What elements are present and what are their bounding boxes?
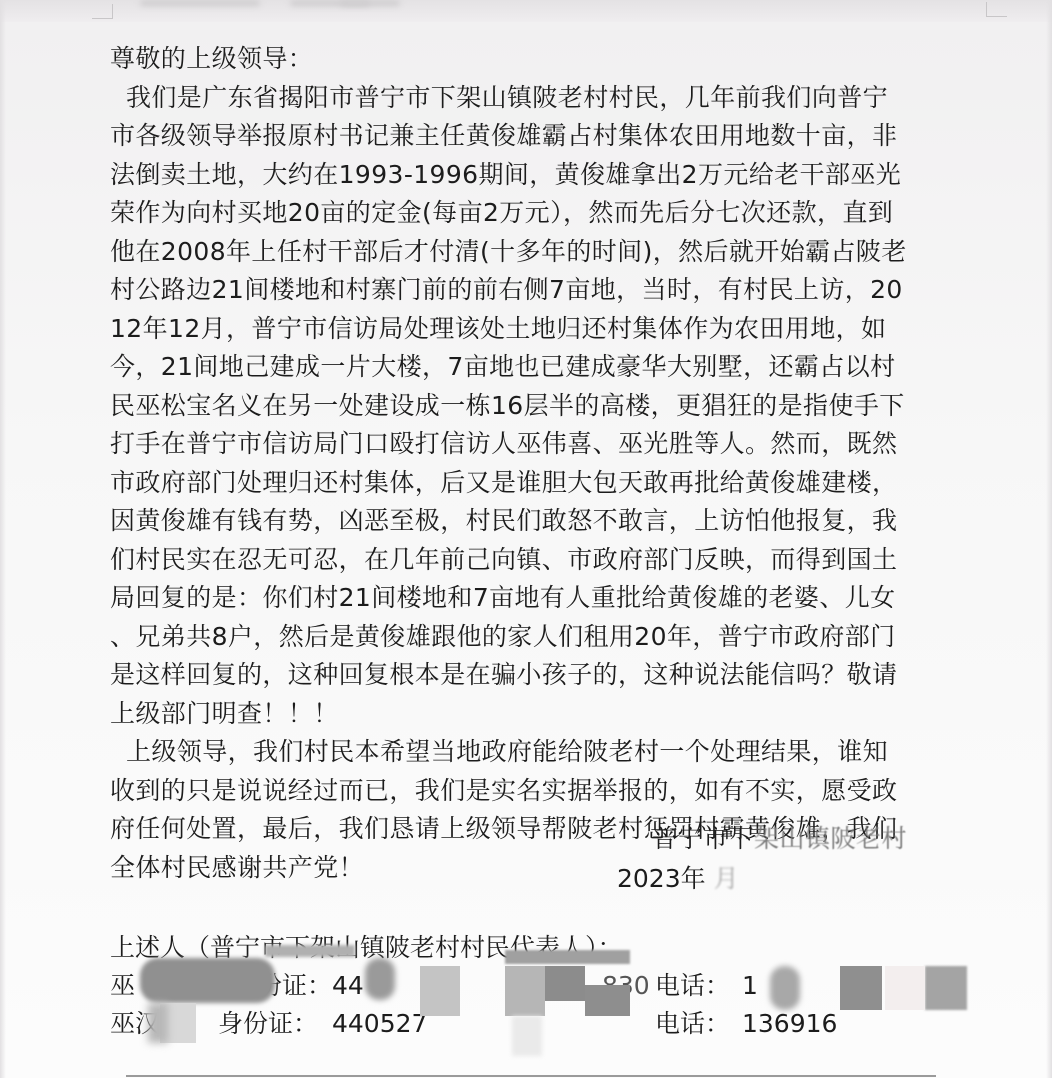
text-line: 村公路边21间楼地和村寨门前的前右侧7亩地，当时，有村民上访，20 — [110, 271, 990, 310]
blurred-header-fragment — [340, 0, 400, 6]
paragraph-1: 我们是广东省揭阳市普宁市下架山镇陂老村村民，几年前我们向普宁 市各级领导举报原村… — [110, 79, 990, 734]
top-edge-band — [0, 0, 1052, 22]
document-page: 尊敬的上级领导： 我们是广东省揭阳市普宁市下架山镇陂老村村民，几年前我们向普宁 … — [0, 22, 1052, 1078]
text-line: 我们是广东省揭阳市普宁市下架山镇陂老村村民，几年前我们向普宁 — [110, 79, 990, 118]
text-line: 荣作为向村买地20亩的定金(每亩2万元），然而先后分七次还款，直到 — [110, 194, 990, 233]
page-edge-shadow — [1046, 0, 1052, 1078]
text-line: 因黄俊雄有钱有势，凶恶至极，村民们敢怒不敢言，上访怕他报复，我 — [110, 502, 990, 541]
text-line: 上级部门明查！！！ — [110, 695, 990, 734]
signature-date: 2023年 月 — [617, 859, 739, 895]
text-line: 12年12月，普宁市信访局处理该处土地归还村集体作为农田用地，如 — [110, 310, 990, 349]
paragraph-2: 上级领导，我们村民本希望当地政府能给陂老村一个处理结果，谁知 收到的只是说说经过… — [110, 733, 990, 887]
date-year: 2023年 — [617, 864, 706, 893]
text-line: 收到的只是说说经过而已，我们是实名实据举报的，如有不实，愿受政 — [110, 772, 990, 811]
signature-org: 普宁市下架山镇陂老村 — [652, 819, 907, 855]
text-line: 上级领导，我们村民本希望当地政府能给陂老村一个处理结果，谁知 — [110, 733, 990, 772]
text-line: 打手在普宁市信访局门口殴打信访人巫伟喜、巫光胜等人。然而，既然 — [110, 425, 990, 464]
text-line: 、兄弟共8户，然后是黄俊雄跟他的家人们租用20年，普宁市政府部门 — [110, 618, 990, 657]
text-line: 今，21间地己建成一片大楼，7亩地也已建成豪华大别墅，还霸占以村 — [110, 348, 990, 387]
phone-label: 电话： — [655, 967, 730, 1005]
text-line: 们村民实在忍无可忍，在几年前己向镇、市政府部门反映，而得到国土 — [110, 541, 990, 580]
text-line: 民巫松宝名义在另一处建设成一栋16层半的高楼，更猖狂的是指使手下 — [110, 387, 990, 426]
text-line: 局回复的是：你们村21间楼地和7亩地有人重批给黄俊雄的老婆、儿女 — [110, 579, 990, 618]
bottom-divider — [126, 1075, 936, 1077]
page-corner-mark — [92, 4, 113, 19]
id-label: 身份证： — [218, 1005, 318, 1043]
salutation: 尊敬的上级领导： — [110, 40, 990, 79]
phone-visible: 136916 — [742, 1005, 837, 1043]
text-line: 法倒卖土地，大约在1993-1996期间，黄俊雄拿出2万元给老干部巫光 — [110, 156, 990, 195]
letter-body: 尊敬的上级领导： 我们是广东省揭阳市普宁市下架山镇陂老村村民，几年前我们向普宁 … — [110, 40, 990, 887]
date-month-faded: 月 — [714, 864, 739, 893]
page-corner-mark — [986, 2, 1007, 17]
signature-org-clear: 普宁市下 — [652, 824, 754, 853]
text-line: 市政府部门处理归还村集体，后又是谁胆大包天敢再批给黄俊雄建楼， — [110, 464, 990, 503]
text-line: 他在2008年上任村干部后才付清(十多年的时间)，然后就开始霸占陂老 — [110, 233, 990, 272]
text-line: 是这样回复的，这种回复根本是在骗小孩子的，这种说法能信吗？敬请 — [110, 656, 990, 695]
phone-label: 电话： — [655, 1005, 730, 1043]
text-line: 市各级领导举报原村书记兼主任黄俊雄霸占村集体农田用地数十亩，非 — [110, 117, 990, 156]
page-edge-shadow — [0, 0, 6, 1078]
signature-org-faded: 架山镇陂老村 — [754, 824, 907, 853]
blurred-header-fragment — [140, 0, 260, 6]
phone-visible: 1 — [742, 967, 758, 1005]
signer-name: 巫 — [110, 967, 135, 1005]
id-number-visible: 440527 — [332, 1005, 427, 1043]
id-number-visible: 44 — [332, 967, 364, 1005]
